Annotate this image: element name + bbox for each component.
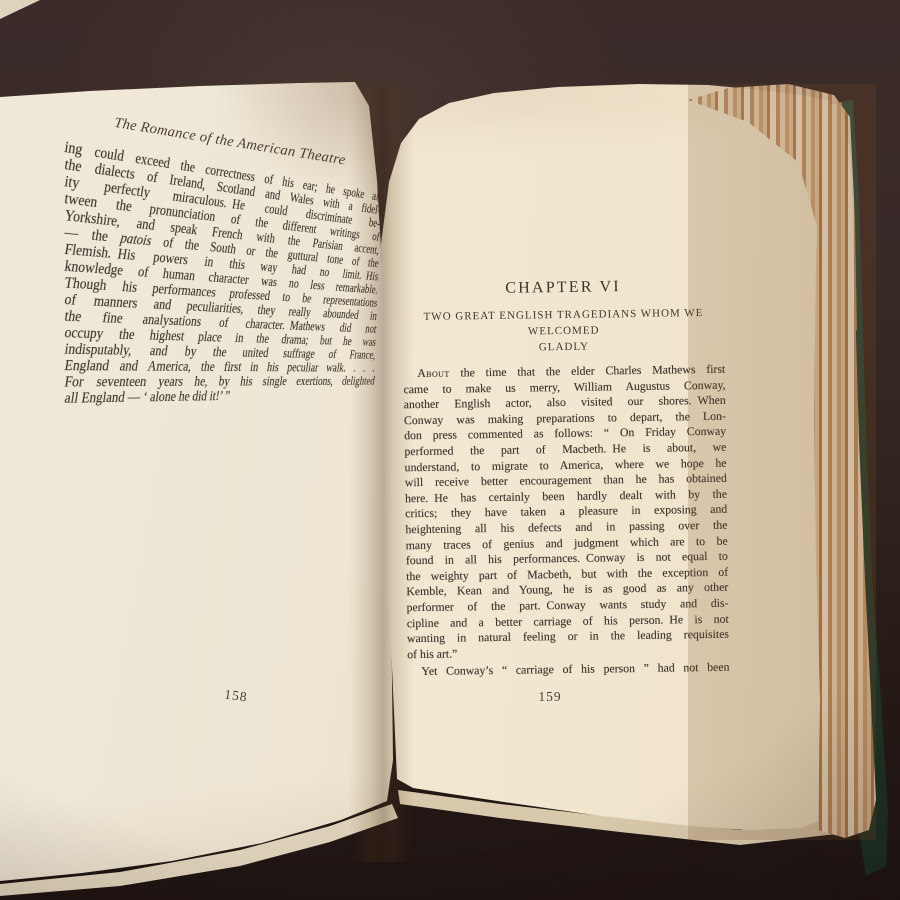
photo-vignette (0, 0, 900, 900)
book-photo-scene: The Romance of the American Theatre ing … (0, 0, 900, 900)
